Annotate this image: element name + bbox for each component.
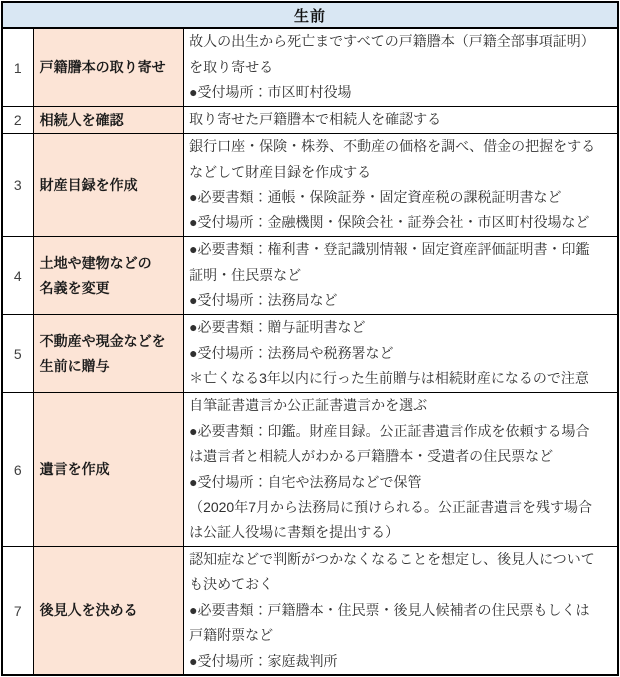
- task-name: 土地や建物などの 名義を変更: [33, 237, 183, 315]
- row-number: 3: [2, 134, 33, 237]
- row-number: 1: [2, 28, 33, 107]
- row-number: 2: [2, 107, 33, 134]
- task-description: 銀行口座・保険・株券、不動産の価格を調べ、借金の把握をする などして財産目録を作…: [184, 134, 618, 237]
- task-description: 取り寄せた戸籍謄本で相続人を確認する: [184, 107, 618, 134]
- table-title: 生前: [2, 2, 618, 28]
- task-name: 遺言を作成: [33, 393, 183, 547]
- task-description: ●必要書類：権利書・登記識別情報・固定資産評価証明書・印鑑 証明・住民票など ●…: [184, 237, 618, 315]
- table-row: 7 後見人を決める 認知症などで判断がつかなくなることを想定し、後見人について …: [2, 547, 618, 676]
- task-description: 故人の出生から死亡まですべての戸籍謄本（戸籍全部事項証明） を取り寄せる ●受付…: [184, 28, 618, 107]
- row-number: 5: [2, 315, 33, 393]
- table-row: 4 土地や建物などの 名義を変更 ●必要書類：権利書・登記識別情報・固定資産評価…: [2, 237, 618, 315]
- task-name: 後見人を決める: [33, 547, 183, 676]
- table-row: 1 戸籍謄本の取り寄せ 故人の出生から死亡まですべての戸籍謄本（戸籍全部事項証明…: [2, 28, 618, 107]
- table-row: 5 不動産や現金などを 生前に贈与 ●必要書類：贈与証明書など ●受付場所：法務…: [2, 315, 618, 393]
- table-row: 3 財産目録を作成 銀行口座・保険・株券、不動産の価格を調べ、借金の把握をする …: [2, 134, 618, 237]
- task-description: 認知症などで判断がつかなくなることを想定し、後見人について も決めておく ●必要…: [184, 547, 618, 676]
- task-name: 相続人を確認: [33, 107, 183, 134]
- task-name: 不動産や現金などを 生前に贈与: [33, 315, 183, 393]
- table-row: 2 相続人を確認 取り寄せた戸籍謄本で相続人を確認する: [2, 107, 618, 134]
- table-header-row: 生前: [2, 2, 618, 28]
- row-number: 4: [2, 237, 33, 315]
- row-number: 7: [2, 547, 33, 676]
- task-description: ●必要書類：贈与証明書など ●受付場所：法務局や税務署など ＊亡くなる3年以内に…: [184, 315, 618, 393]
- task-description: 自筆証書遺言か公正証書遺言かを選ぶ ●必要書類：印鑑。財産目録。公正証書遺言作成…: [184, 393, 618, 547]
- row-number: 6: [2, 393, 33, 547]
- pre-death-procedure-table: 生前 1 戸籍謄本の取り寄せ 故人の出生から死亡まですべての戸籍謄本（戸籍全部事…: [1, 1, 619, 676]
- table-row: 6 遺言を作成 自筆証書遺言か公正証書遺言かを選ぶ ●必要書類：印鑑。財産目録。…: [2, 393, 618, 547]
- task-name: 戸籍謄本の取り寄せ: [33, 28, 183, 107]
- task-name: 財産目録を作成: [33, 134, 183, 237]
